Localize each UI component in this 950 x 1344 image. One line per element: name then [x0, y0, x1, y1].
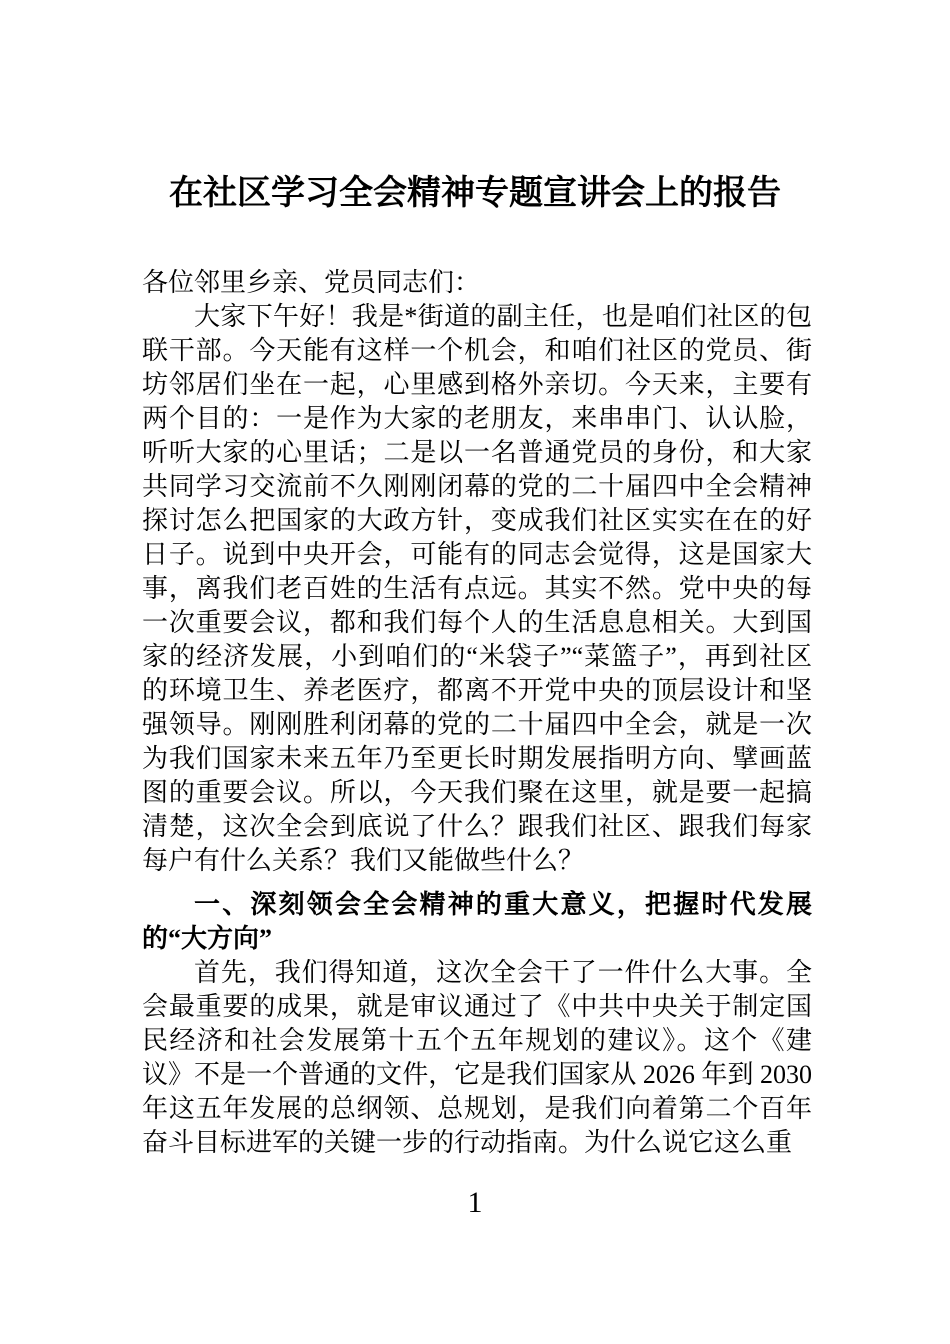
document-title: 在社区学习全会精神专题宣讲会上的报告 — [0, 172, 950, 216]
document-body: 各位邻里乡亲、党员同志们： 大家下午好！我是*街道的副主任，也是咱们社区的包联干… — [142, 266, 812, 1160]
salutation-line: 各位邻里乡亲、党员同志们： — [142, 266, 812, 300]
page-number: 1 — [0, 1186, 950, 1220]
opening-paragraph: 大家下午好！我是*街道的副主任，也是咱们社区的包联干部。今天能有这样一个机会，和… — [142, 300, 812, 878]
section-1-paragraph: 首先，我们得知道，这次全会干了一件什么大事。全会最重要的成果，就是审议通过了《中… — [142, 956, 812, 1160]
document-page: 在社区学习全会精神专题宣讲会上的报告 各位邻里乡亲、党员同志们： 大家下午好！我… — [0, 0, 950, 1344]
section-heading-1: 一、深刻领会全会精神的重大意义，把握时代发展的“大方向” — [142, 888, 812, 956]
